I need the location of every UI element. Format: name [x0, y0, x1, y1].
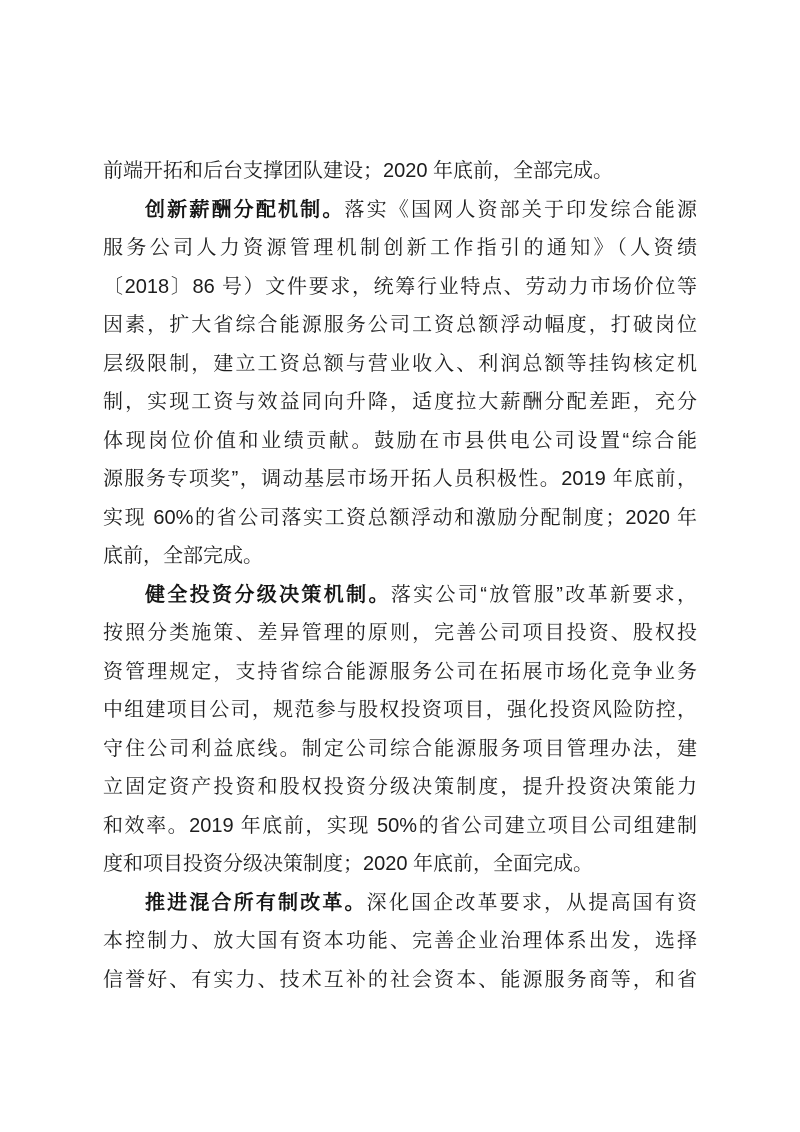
- text-line: 本控制力、放大国有资本功能、完善企业治理体系出发，选择: [103, 922, 697, 961]
- text-line: 和效率。2019 年底前，实现 50%的省公司建立项目公司组建制: [103, 807, 697, 846]
- paragraph-2-text: 落实《国网人资部关于印发综合能源: [345, 199, 698, 221]
- paragraph-1: 前端开拓和后台支撑团队建设；2020 年底前，全部完成。: [103, 152, 697, 191]
- paragraph-4-text: 深化国企改革要求，从提高国有资: [367, 892, 697, 914]
- text-line: 制，实现工资与效益同向升降，适度拉大薪酬分配差距，充分: [103, 383, 697, 422]
- text-line: 实现 60%的省公司落实工资总额浮动和激励分配制度；2020 年: [103, 499, 697, 538]
- text-line: 推进混合所有制改革。深化国企改革要求，从提高国有资: [103, 884, 697, 923]
- text-line: 资管理规定，支持省综合能源服务公司在拓展市场化竞争业务: [103, 653, 697, 692]
- text-line: 中组建项目公司，规范参与股权投资项目，强化投资风险防控，: [103, 691, 697, 730]
- text-line: 度和项目投资分级决策制度；2020 年底前，全面完成。: [103, 845, 697, 884]
- text-line: 守住公司利益底线。制定公司综合能源服务项目管理办法，建: [103, 730, 697, 769]
- paragraph-3: 健全投资分级决策机制。落实公司“放管服”改革新要求， 按照分类施策、差异管理的原…: [103, 576, 697, 884]
- text-line: 创新薪酬分配机制。落实《国网人资部关于印发综合能源: [103, 191, 697, 230]
- text-line: 底前，全部完成。: [103, 537, 697, 576]
- paragraph-4-bold-lead: 推进混合所有制改革。: [145, 892, 367, 914]
- paragraph-4: 推进混合所有制改革。深化国企改革要求，从提高国有资 本控制力、放大国有资本功能、…: [103, 884, 697, 1000]
- document-page: 前端开拓和后台支撑团队建设；2020 年底前，全部完成。 创新薪酬分配机制。落实…: [0, 0, 800, 1132]
- document-text-block: 前端开拓和后台支撑团队建设；2020 年底前，全部完成。 创新薪酬分配机制。落实…: [103, 152, 697, 999]
- text-line: 体现岗位价值和业绩贡献。鼓励在市县供电公司设置“综合能: [103, 422, 697, 461]
- text-line: 前端开拓和后台支撑团队建设；2020 年底前，全部完成。: [103, 152, 697, 191]
- text-line: 健全投资分级决策机制。落实公司“放管服”改革新要求，: [103, 576, 697, 615]
- paragraph-3-text: 落实公司“放管服”改革新要求，: [391, 584, 697, 606]
- text-line: 〔2018〕86 号）文件要求，统筹行业特点、劳动力市场价位等: [103, 268, 697, 307]
- text-line: 信誉好、有实力、技术互补的社会资本、能源服务商等，和省: [103, 961, 697, 1000]
- paragraph-2-bold-lead: 创新薪酬分配机制。: [145, 199, 345, 221]
- paragraph-2: 创新薪酬分配机制。落实《国网人资部关于印发综合能源 服务公司人力资源管理机制创新…: [103, 191, 697, 576]
- text-line: 源服务专项奖”，调动基层市场开拓人员积极性。2019 年底前，: [103, 460, 697, 499]
- text-line: 因素，扩大省综合能源服务公司工资总额浮动幅度，打破岗位: [103, 306, 697, 345]
- text-line: 按照分类施策、差异管理的原则，完善公司项目投资、股权投: [103, 614, 697, 653]
- text-line: 立固定资产投资和股权投资分级决策制度，提升投资决策能力: [103, 768, 697, 807]
- text-line: 服务公司人力资源管理机制创新工作指引的通知》（人资绩: [103, 229, 697, 268]
- text-line: 层级限制，建立工资总额与营业收入、利润总额等挂钩核定机: [103, 345, 697, 384]
- paragraph-3-bold-lead: 健全投资分级决策机制。: [145, 584, 391, 606]
